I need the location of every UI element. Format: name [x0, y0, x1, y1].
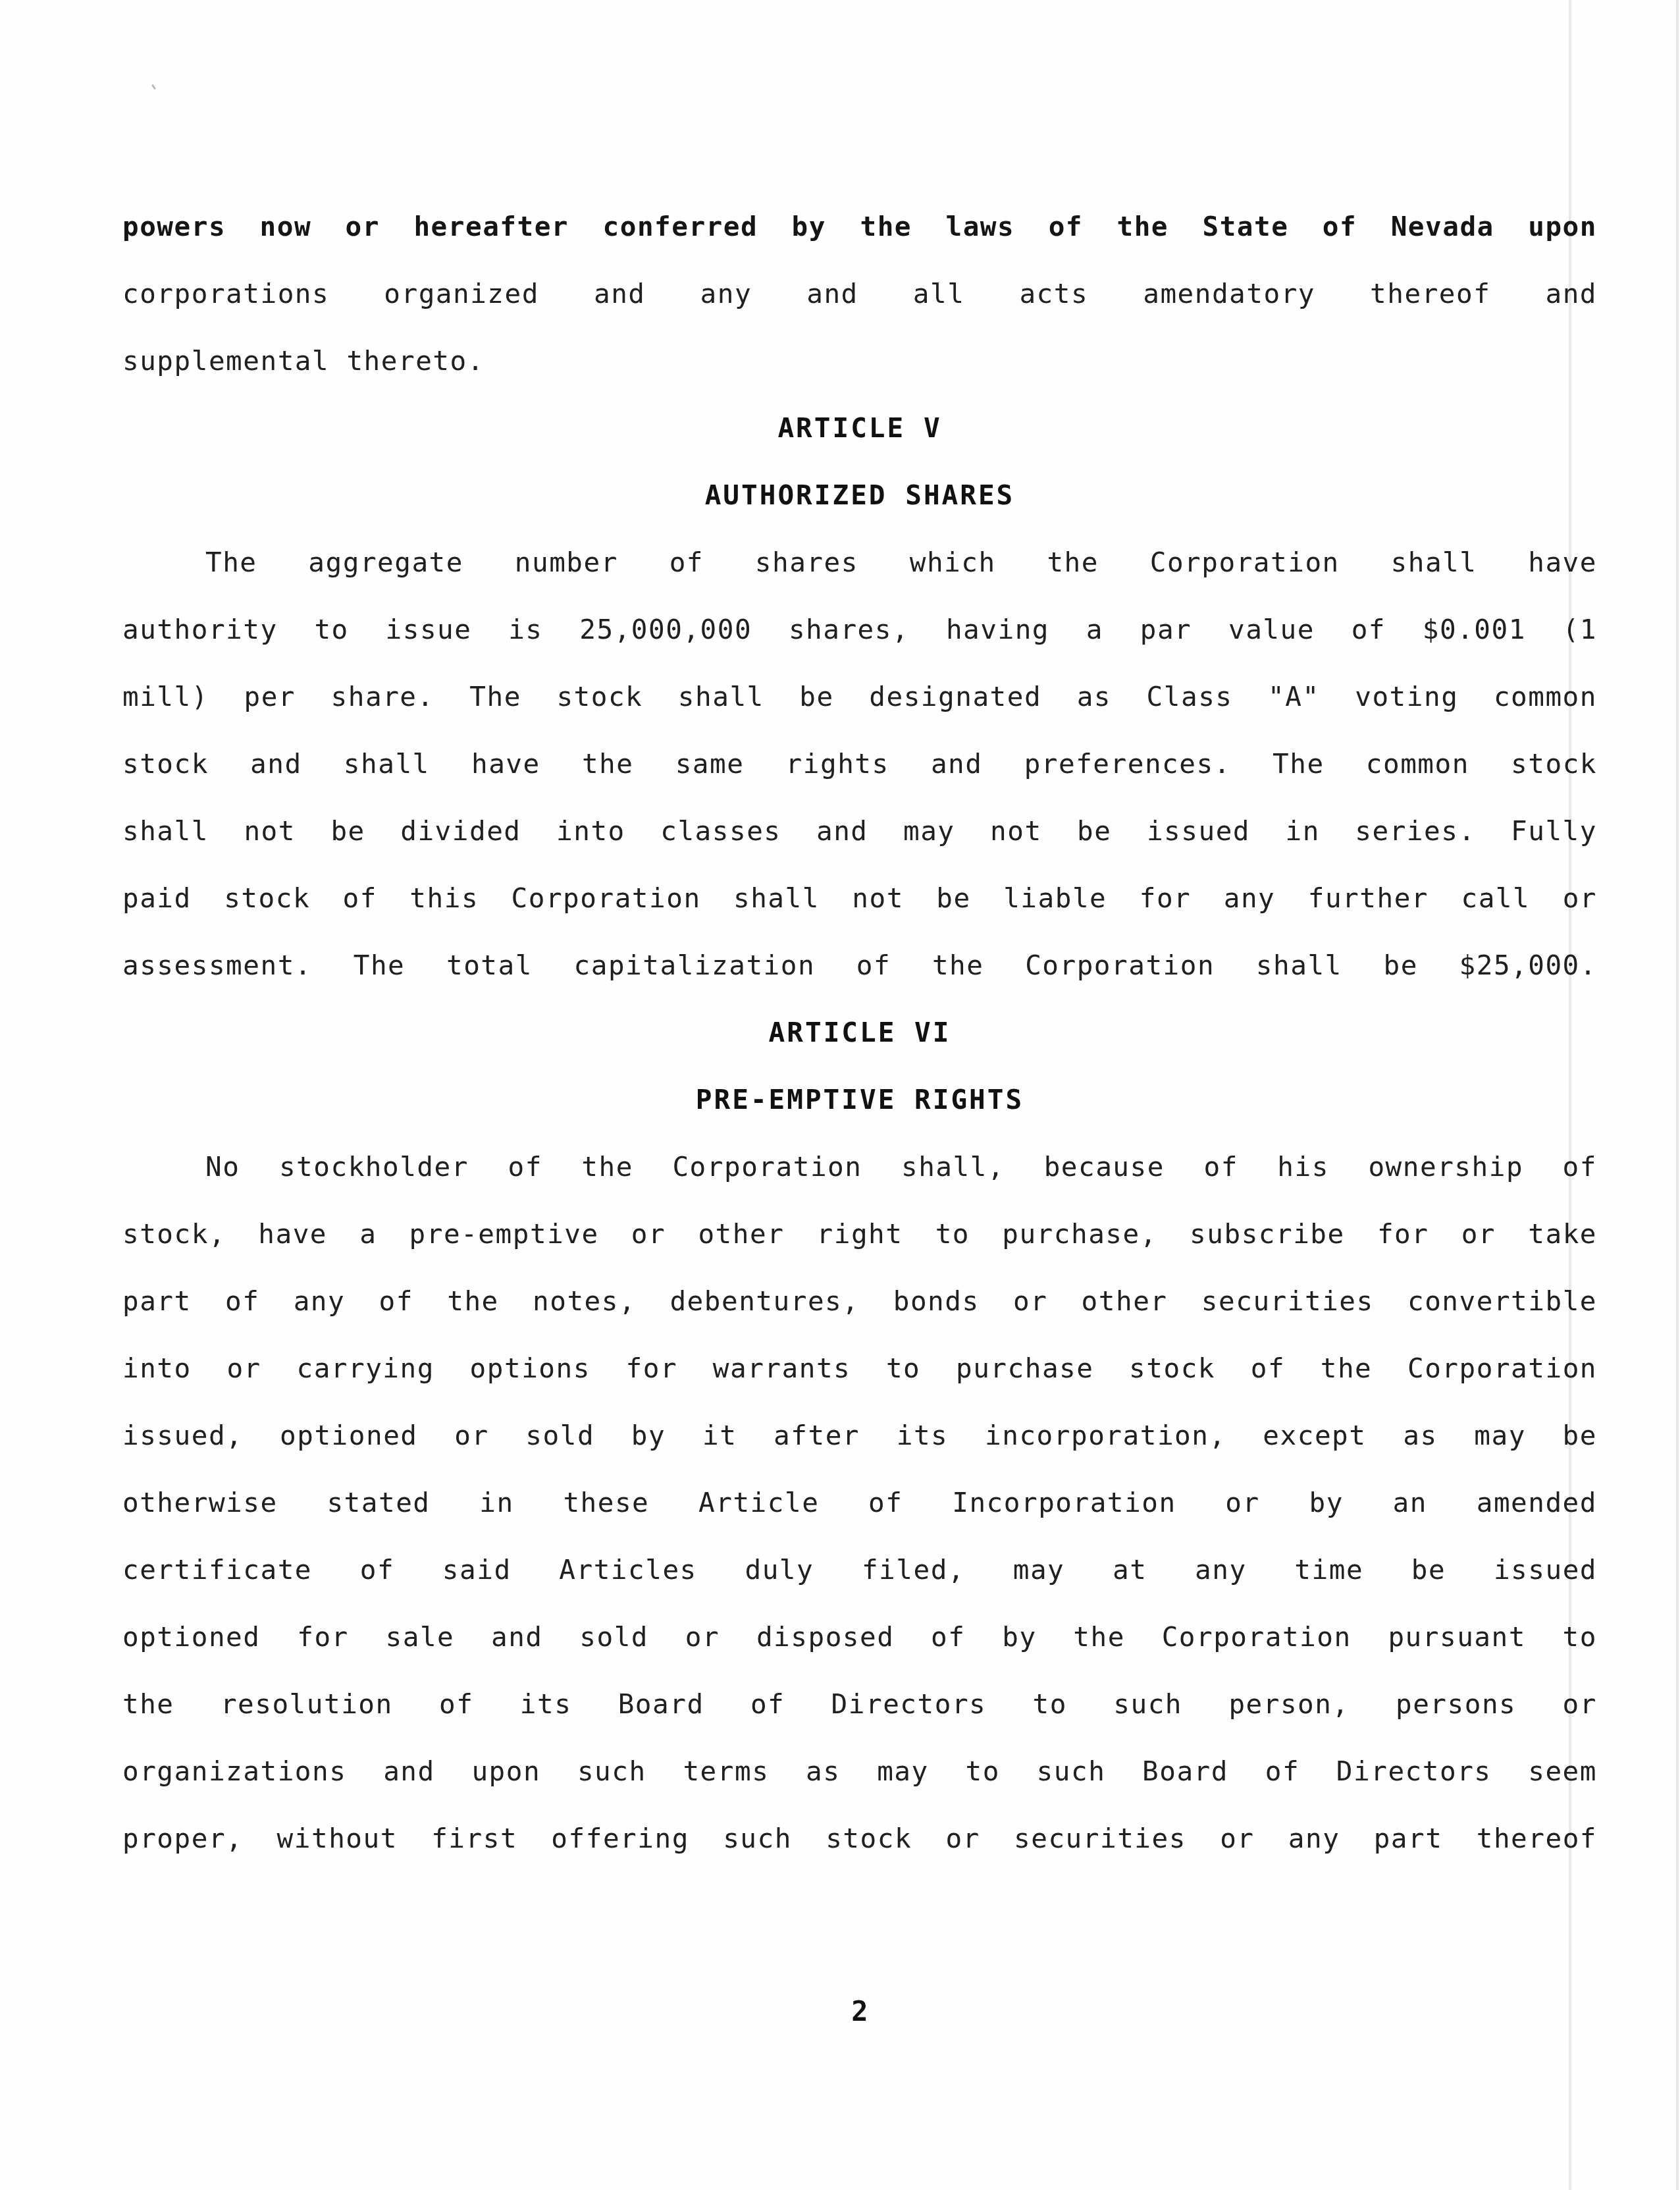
article-v-line-3: mill) per share. The stock shall be desi… — [122, 677, 1597, 716]
article-v-subtitle: AUTHORIZED SHARES — [122, 475, 1597, 515]
article-vi-line-10: organizations and upon such terms as may… — [122, 1751, 1597, 1791]
article-vi-line-7: certificate of said Articles duly filed,… — [122, 1550, 1597, 1589]
intro-line-3: supplemental thereto. — [122, 341, 1597, 381]
article-vi-line-4: into or carrying options for warrants to… — [122, 1349, 1597, 1388]
article-vi-line-9: the resolution of its Board of Directors… — [122, 1684, 1597, 1724]
article-vi-line-3: part of any of the notes, debentures, bo… — [122, 1281, 1597, 1321]
intro-line-2: corporations organized and any and all a… — [122, 274, 1597, 313]
scan-speck — [151, 84, 156, 90]
article-v-line-4: stock and shall have the same rights and… — [122, 744, 1597, 784]
article-v-line-1: The aggregate number of shares which the… — [205, 543, 1597, 582]
article-vi-line-11: proper, without first offering such stoc… — [122, 1819, 1597, 1858]
page-number: 2 — [840, 1995, 879, 2027]
article-vi-line-2: stock, have a pre-emptive or other right… — [122, 1214, 1597, 1254]
article-vi-subtitle: PRE-EMPTIVE RIGHTS — [122, 1080, 1597, 1119]
scanned-page: powers now or hereafter conferred by the… — [0, 0, 1680, 2190]
article-vi-line-5: issued, optioned or sold by it after its… — [122, 1416, 1597, 1455]
article-v-line-7: assessment. The total capitalization of … — [122, 946, 1597, 985]
article-v-line-6: paid stock of this Corporation shall not… — [122, 878, 1597, 918]
article-v-title: ARTICLE V — [122, 408, 1597, 448]
article-vi-line-8: optioned for sale and sold or disposed o… — [122, 1617, 1597, 1657]
intro-line-1: powers now or hereafter conferred by the… — [122, 207, 1597, 246]
article-v-line-2: authority to issue is 25,000,000 shares,… — [122, 610, 1597, 649]
article-v-line-5: shall not be divided into classes and ma… — [122, 811, 1597, 851]
article-vi-title: ARTICLE VI — [122, 1013, 1597, 1052]
scan-artifact-edge — [1676, 0, 1679, 2190]
article-vi-line-6: otherwise stated in these Article of Inc… — [122, 1483, 1597, 1522]
article-vi-line-1: No stockholder of the Corporation shall,… — [205, 1147, 1597, 1187]
